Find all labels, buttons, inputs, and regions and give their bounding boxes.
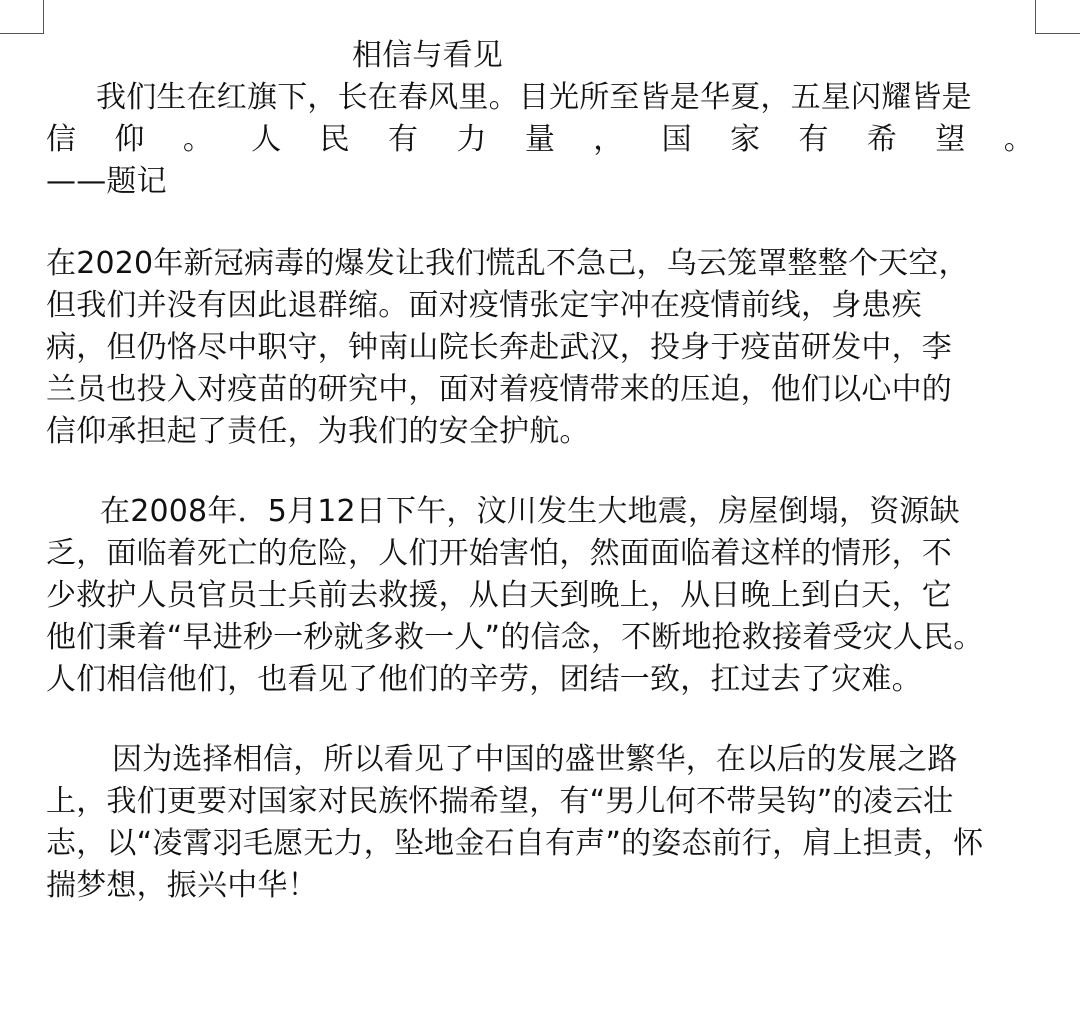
- paragraph-3-line: 因为选择相信，所以看见了中国的盛世繁华，在以后的发展之路: [112, 740, 1080, 780]
- paragraph-1-line: 兰员也投入对疫苗的研究中，面对着疫情带来的压迫，他们以心中的: [46, 370, 1036, 410]
- paragraph-2-line: 人们相信他们，也看见了他们的辛劳，团结一致，扛过去了灾难。: [46, 660, 1036, 700]
- epigraph-char: 。: [1004, 120, 1034, 160]
- epigraph-char: 家: [730, 120, 760, 160]
- epigraph-char: 望: [935, 120, 965, 160]
- paragraph-1-line: 信仰承担起了责任，为我们的安全护航。: [46, 412, 1036, 452]
- paragraph-3-line: 上，我们更要对国家对民族怀揣希望，有“男儿何不带吴钩”的凌云壮: [46, 782, 1036, 822]
- paragraph-3-line: 揣梦想，振兴中华！: [46, 866, 1036, 906]
- epigraph-char: 力: [456, 120, 486, 160]
- epigraph-char: 希: [867, 120, 897, 160]
- epigraph-char: 有: [798, 120, 828, 160]
- paragraph-3-line: 志，以“凌霄羽毛愿无力，坠地金石自有声”的姿态前行，肩上担责，怀: [46, 824, 1036, 864]
- epigraph-char: 国: [662, 120, 692, 160]
- paragraph-2-line: 在2008年．5月12日下午，汶川发生大地震，房屋倒塌，资源缺: [100, 492, 1080, 532]
- epigraph-char: ，: [593, 120, 623, 160]
- paragraph-1-line: 在2020年新冠病毒的爆发让我们慌乱不急己，乌云笼罩整整个天空，: [46, 244, 1036, 284]
- paragraph-2-line: 乏，面临着死亡的危险，人们开始害怕，然面面临着这样的情形，不: [46, 534, 1036, 574]
- epigraph-char: 仰: [114, 120, 144, 160]
- paragraph-2-line: 他们秉着“早进秒一秒就多救一人”的信念，不断地抢救接着受灾人民。: [46, 618, 1036, 658]
- epigraph-attribution: ——题记: [46, 162, 1036, 202]
- page-corner-mark-right: [1035, 0, 1080, 34]
- epigraph-char: 有: [388, 120, 418, 160]
- epigraph-line-1: 我们生在红旗下，长在春风里。目光所至皆是华夏，五星闪耀皆是: [96, 78, 1080, 118]
- page-corner-mark-left: [0, 0, 44, 34]
- document-title: 相信与看见: [352, 36, 1080, 76]
- epigraph-char: 。: [183, 120, 213, 160]
- epigraph-line-2: 信 仰 。 人 民 有 力 量 ， 国 家 有 希 望 。: [46, 120, 1034, 160]
- epigraph-char: 民: [320, 120, 350, 160]
- epigraph-char: 量: [525, 120, 555, 160]
- epigraph-char: 信: [46, 120, 76, 160]
- paragraph-2-line: 少救护人员官员士兵前去救援，从白天到晚上，从日晚上到白天，它: [46, 576, 1036, 616]
- paragraph-1-line: 病，但仍恪尽中职守，钟南山院长奔赴武汉，投身于疫苗研发中，李: [46, 328, 1036, 368]
- paragraph-1-line: 但我们并没有因此退群缩。面对疫情张定宇冲在疫情前线，身患疾: [46, 286, 1036, 326]
- epigraph-char: 人: [251, 120, 281, 160]
